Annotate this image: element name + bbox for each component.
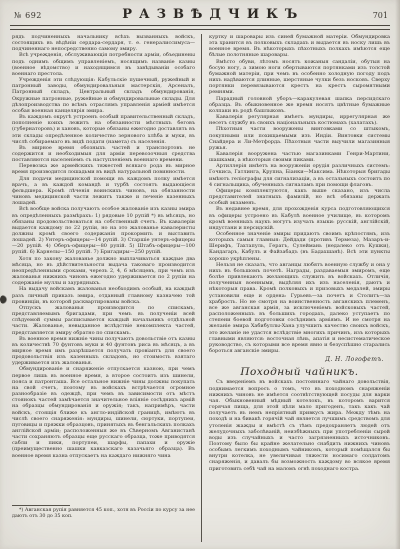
paragraph: Въ недавнее время, для прохожденія курса…: [209, 206, 390, 231]
paragraph: Особенное значеніе эмиры придаютъ своимъ…: [209, 231, 390, 262]
footnote-rule: [12, 505, 70, 506]
footnote-block: *) Авганская рупія равняется 45 коп., хо…: [12, 502, 195, 542]
paragraph: Пѣхотныя части вооружены винтовками со ш…: [209, 126, 390, 151]
paragraph: Въ мирное время обозныхъ частей и трансп…: [12, 145, 195, 163]
left-column: рядъ подчиненныхъ начальнику всѣхъ вызва…: [12, 34, 201, 542]
paragraph: Кавалерія регулярная имѣетъ мундиры, ирр…: [209, 114, 390, 126]
issue-number: № 692: [14, 11, 42, 20]
paragraph: Вмѣсто обуви, лѣтомъ носятъ кожаныя санд…: [209, 59, 390, 96]
paragraph: Учрежденія эти слѣдующія: Кабульскіе пуш…: [12, 77, 195, 114]
article-title-camp-kettle: Походный чайникъ.: [209, 369, 390, 375]
paragraph: Всѣ учрежденія, обслуживающія потребност…: [12, 52, 195, 77]
paragraph: Съ введеніемъ въ войскахъ постояннаго ча…: [209, 379, 390, 471]
paragraph: Для подачи медицинской помощи въ каждомъ…: [12, 176, 195, 207]
paragraph: Обмундированіе и снаряженіе отпускается …: [12, 366, 195, 458]
masthead-title: РАЗВѢДЧИКЪ: [122, 7, 304, 22]
footnote-text: *) Авганская рупія равняется 45 коп., хо…: [12, 508, 195, 520]
paragraph: куртку и шаровары изъ синей бумажной мат…: [209, 34, 390, 59]
paragraph: Въ каждомъ округѣ устроенъ особый правит…: [12, 114, 195, 145]
right-column: куртку и шаровары изъ синей бумажной мат…: [201, 34, 390, 542]
page-header: № 692 РАЗВѢДЧИКЪ 701: [0, 0, 400, 25]
paragraph: Офицеры комплектуются, какъ выше сказано…: [209, 188, 390, 206]
article-afghan-army-text: рядъ подчиненныхъ начальнику всѣхъ вызва…: [12, 34, 195, 459]
paragraph: Кавалерія вооружена частью магазинками Г…: [209, 151, 390, 163]
paragraph: Въ военное время нижніе чины получаютъ д…: [12, 336, 195, 367]
paragraph: Всѣ вообще войска получаютъ особое жалов…: [12, 206, 195, 255]
author-signature: Д. Н. Логофетъ.: [209, 357, 384, 363]
paragraph: Парадный головной уборъ—каракулевая шапк…: [209, 96, 390, 114]
ink-speck: [0, 295, 7, 304]
paragraph: Нельзя не сказать, что авганцы любятъ во…: [209, 262, 390, 354]
paragraph: Перевозка же армейскихъ тяжестей всякаго…: [12, 163, 195, 175]
page-body: рядъ подчиненныхъ начальнику всѣхъ вызва…: [0, 30, 400, 542]
page-number: 701: [373, 11, 388, 20]
paragraph: Артиллерія имѣетъ на вооруженіи орудія р…: [209, 163, 390, 188]
journal-page: № 692 РАЗВѢДЧИКЪ 701 рядъ подчиненныхъ н…: [0, 0, 400, 549]
paragraph: Хотя по закону жалованье должно выплачив…: [12, 256, 195, 287]
article-afghan-army-continued: куртку и шаровары изъ синей бумажной мат…: [209, 34, 390, 354]
paragraph: На выдачу войскамъ жалованья необходимъ …: [12, 286, 195, 304]
article-camp-kettle-text: Съ введеніемъ въ войскахъ постояннаго ча…: [209, 379, 390, 471]
page-edge-shadow: [395, 0, 400, 549]
paragraph: рядъ подчиненныхъ начальнику всѣхъ вызва…: [12, 34, 195, 52]
paragraph: Отпускъ жалованья производится по списка…: [12, 305, 195, 336]
